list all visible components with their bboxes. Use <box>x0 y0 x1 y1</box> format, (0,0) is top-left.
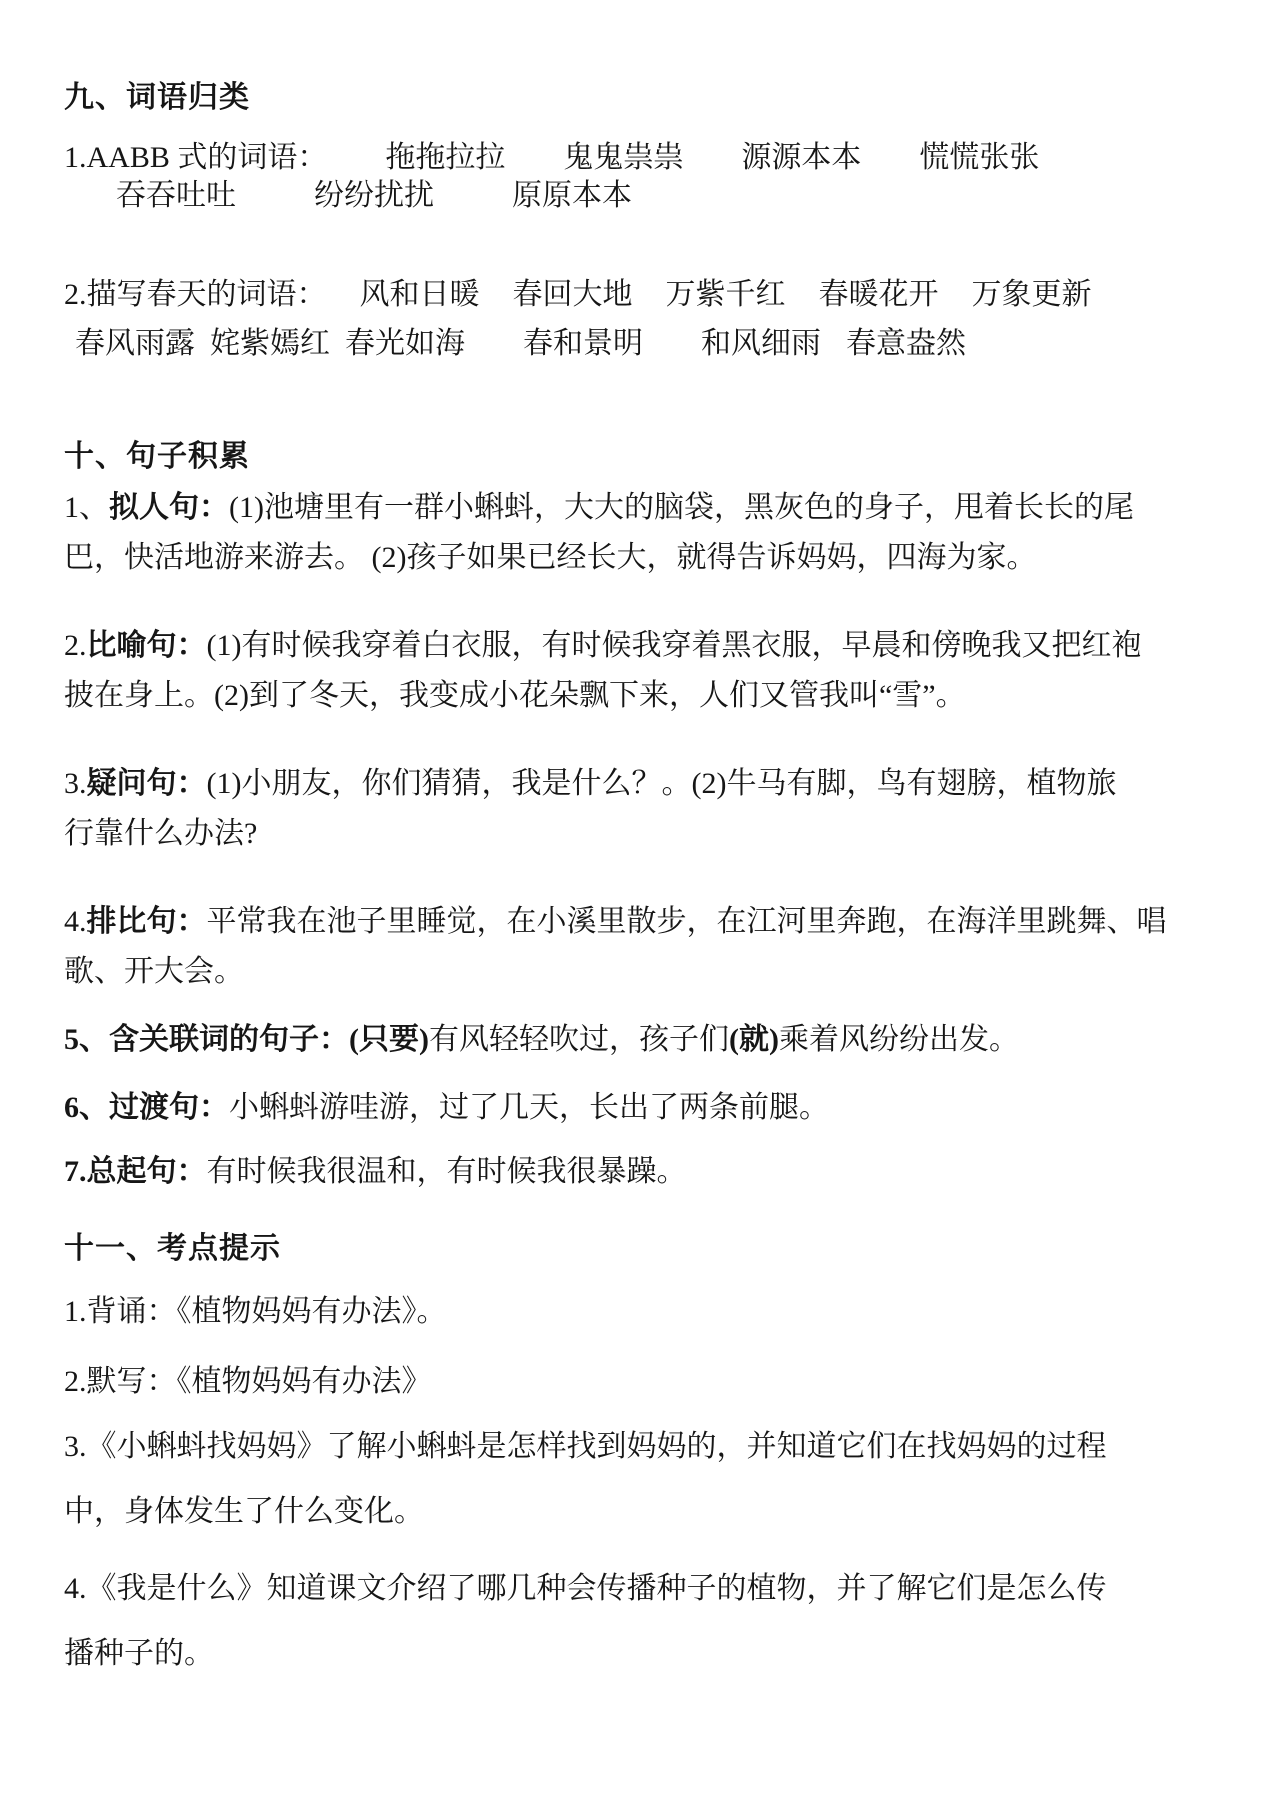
item-number: 3. <box>64 767 87 800</box>
word: 春暖花开 <box>819 277 939 312</box>
word: 春和景明 <box>523 326 643 361</box>
spring-label: 2.描写春天的词语： <box>64 278 327 311</box>
exam-point-recite: 1.背诵：《植物妈妈有办法》。 <box>64 1279 1216 1344</box>
item-text: 播种子的。 <box>64 1637 214 1670</box>
sentence-item-transition: 6、过渡句：小蝌蚪游哇游，过了几天，长出了两条前腿。 <box>64 1083 1216 1133</box>
item-text: (1)小朋友，你们猜猜，我是什么？。(2)牛马有脚，鸟有翅膀，植物旅 <box>207 767 1117 800</box>
sentence-item-simile: 2.比喻句：(1)有时候我穿着白衣服，有时候我穿着黑衣服，早晨和傍晚我又把红袍 … <box>64 621 1216 721</box>
word: 春意盎然 <box>846 326 966 361</box>
item-label: 5、含关联词的句子： <box>64 1023 349 1056</box>
item-text: 3.《小蝌蚪找妈妈》了解小蝌蚪是怎样找到妈妈的，并知道它们在找妈妈的过程 <box>64 1430 1107 1463</box>
item-text: 行靠什么办法? <box>64 817 257 850</box>
item-text: 歌、开大会。 <box>64 955 244 988</box>
word: 万象更新 <box>972 277 1092 312</box>
word: 春光如海 <box>345 326 465 361</box>
word: 姹紫嫣红 <box>210 326 330 361</box>
item-label: 排比句： <box>87 905 207 938</box>
spring-words-row2: 春风雨露姹紫嫣红春光如海春和景明和风细雨春意盎然 <box>64 326 1216 361</box>
word: 春回大地 <box>513 277 633 312</box>
word: 鬼鬼祟祟 <box>563 140 683 175</box>
aabb-words-row1: 1.AABB 式的词语：拖拖拉拉鬼鬼祟祟源源本本慌慌张张 <box>64 140 1216 175</box>
item-label: 比喻句： <box>87 629 207 662</box>
item-text: 中，身体发生了什么变化。 <box>64 1495 424 1528</box>
item-label: 拟人句： <box>109 491 229 524</box>
item-text: 有时候我很温和，有时候我很暴躁。 <box>207 1155 687 1188</box>
word: 原原本本 <box>512 178 632 213</box>
item-number: 1、 <box>64 491 109 524</box>
word: 纷纷扰扰 <box>314 178 434 213</box>
item-text: 乘着风纷纷出发。 <box>779 1023 1019 1056</box>
word: 源源本本 <box>741 140 861 175</box>
spring-words-row1: 2.描写春天的词语：风和日暖春回大地万紫千红春暖花开万象更新 <box>64 277 1216 312</box>
sentence-item-personification: 1、拟人句：(1)池塘里有一群小蝌蚪，大大的脑袋，黑灰色的身子，甩着长长的尾 巴… <box>64 483 1216 583</box>
sentence-item-parallelism: 4.排比句：平常我在池子里睡觉，在小溪里散步，在江河里奔跑，在海洋里跳舞、唱 歌… <box>64 897 1216 997</box>
word: 风和日暖 <box>360 277 480 312</box>
section11-heading: 十一、考点提示 <box>64 1229 1216 1269</box>
exam-point-dictation: 2.默写：《植物妈妈有办法》 <box>64 1349 1216 1414</box>
conjunction-word: (就) <box>729 1023 779 1056</box>
sentence-item-opening: 7.总起句：有时候我很温和，有时候我很暴躁。 <box>64 1147 1216 1197</box>
item-text: 小蝌蚪游哇游，过了几天，长出了两条前腿。 <box>229 1091 829 1124</box>
item-text: 平常我在池子里睡觉，在小溪里散步，在江河里奔跑，在海洋里跳舞、唱 <box>207 905 1167 938</box>
item-text: 巴，快活地游来游去。 (2)孩子如果已经长大，就得告诉妈妈，四海为家。 <box>64 541 1036 574</box>
sentence-item-conjunction: 5、含关联词的句子：(只要)有风轻轻吹过，孩子们(就)乘着风纷纷出发。 <box>64 1015 1216 1065</box>
sentence-item-question: 3.疑问句：(1)小朋友，你们猜猜，我是什么？。(2)牛马有脚，鸟有翅膀，植物旅… <box>64 759 1216 859</box>
section9-heading: 九、词语归类 <box>64 78 1216 118</box>
word: 和风细雨 <box>701 326 821 361</box>
item-label: 6、过渡句： <box>64 1091 229 1124</box>
conjunction-word: (只要) <box>349 1023 429 1056</box>
item-text: (1)有时候我穿着白衣服，有时候我穿着黑衣服，早晨和傍晚我又把红袍 <box>207 629 1142 662</box>
item-text: (1)池塘里有一群小蝌蚪，大大的脑袋，黑灰色的身子，甩着长长的尾 <box>229 491 1134 524</box>
word: 慌慌张张 <box>919 140 1039 175</box>
word: 吞吞吐吐 <box>116 178 236 213</box>
section10-heading: 十、句子积累 <box>64 437 1216 477</box>
exam-point-what-am-i: 4.《我是什么》知道课文介绍了哪几种会传播种子的植物，并了解它们是怎么传 播种子… <box>64 1556 1216 1686</box>
word: 万紫千红 <box>666 277 786 312</box>
item-number: 4. <box>64 905 87 938</box>
exam-point-tadpole: 3.《小蝌蚪找妈妈》了解小蝌蚪是怎样找到妈妈的，并知道它们在找妈妈的过程 中，身… <box>64 1414 1216 1544</box>
item-number: 2. <box>64 629 87 662</box>
word: 拖拖拉拉 <box>385 140 505 175</box>
item-text: 4.《我是什么》知道课文介绍了哪几种会传播种子的植物，并了解它们是怎么传 <box>64 1572 1107 1605</box>
word: 春风雨露 <box>75 326 195 361</box>
document-page: 九、词语归类 1.AABB 式的词语：拖拖拉拉鬼鬼祟祟源源本本慌慌张张 吞吞吐吐… <box>0 0 1280 1817</box>
item-text: 披在身上。(2)到了冬天，我变成小花朵飘下来，人们又管我叫“雪”。 <box>64 679 966 712</box>
item-text: 有风轻轻吹过，孩子们 <box>429 1023 729 1056</box>
aabb-words-row2: 吞吞吐吐纷纷扰扰原原本本 <box>64 178 1216 213</box>
aabb-label: 1.AABB 式的词语： <box>64 141 327 174</box>
item-label: 疑问句： <box>87 767 207 800</box>
item-label: 7.总起句： <box>64 1155 207 1188</box>
